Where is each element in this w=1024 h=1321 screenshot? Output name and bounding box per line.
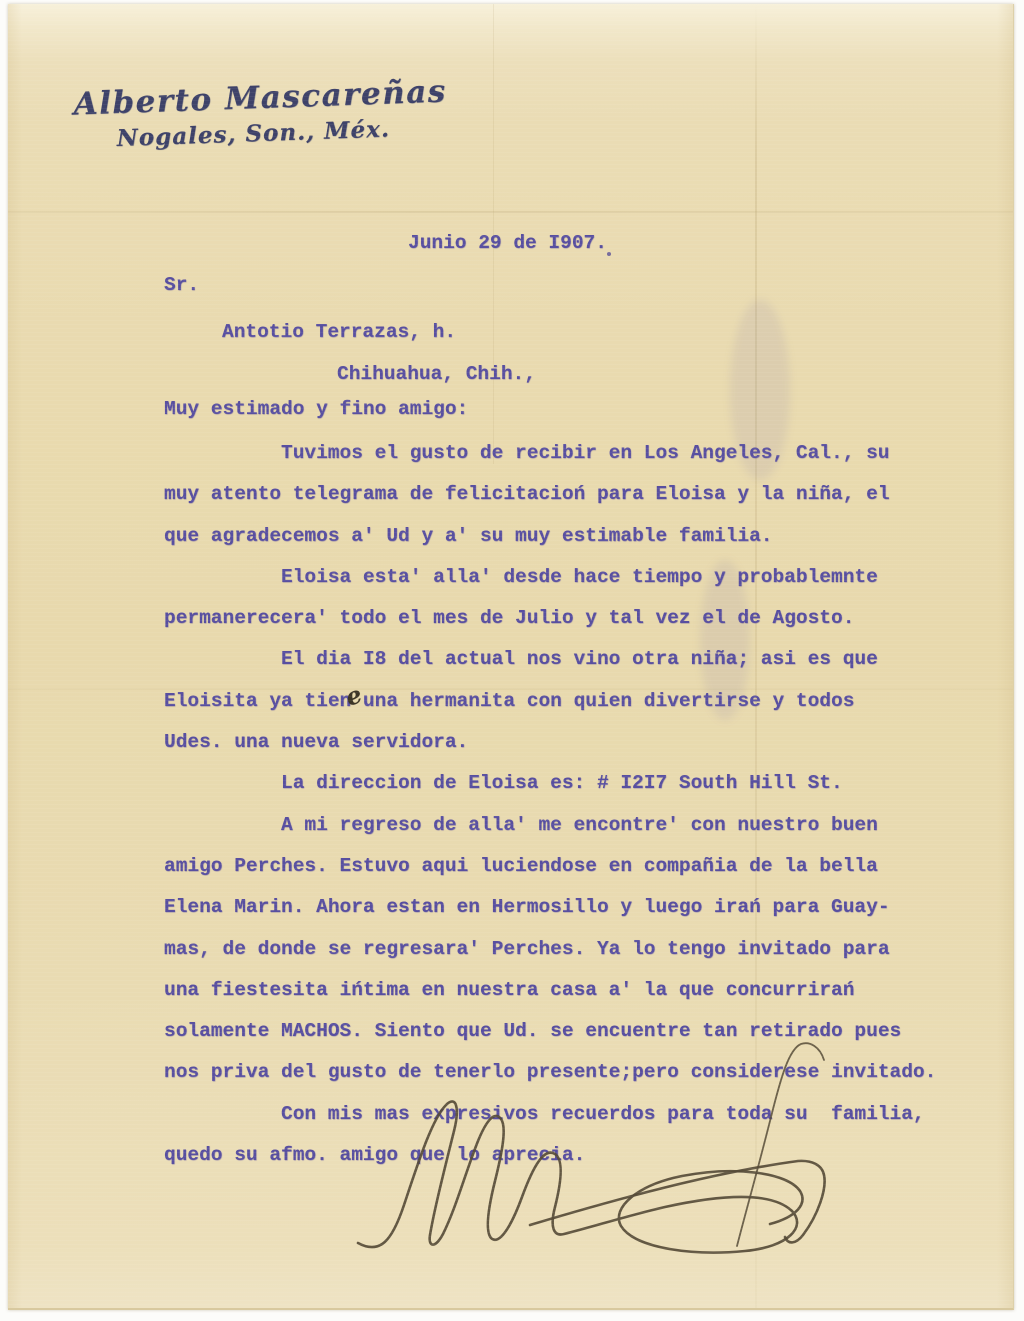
typed-line: mas, de donde se regresara' Perches. Ya … — [164, 934, 964, 975]
typed-line: que agradecemos a' Ud y a' su muy estima… — [164, 521, 964, 562]
typed-line: El dia I8 del actual nos vino otra niña;… — [164, 644, 964, 685]
signature — [330, 1015, 830, 1275]
typed-line: amigo Perches. Estuvo aqui luciendose en… — [164, 851, 964, 892]
recipient-prefix: Sr. — [164, 274, 199, 296]
date-line: Junio 29 de I907. — [408, 232, 607, 254]
typed-line: La direccion de Eloisa es: # I2I7 South … — [164, 768, 964, 809]
typed-line: permanerecera' todo el mes de Julio y ta… — [164, 603, 964, 644]
recipient-name: Antotio Terrazas, h. — [222, 321, 456, 343]
fold-crease-horizontal — [8, 211, 1013, 213]
greeting-line: Muy estimado y fino amigo: — [164, 398, 468, 420]
typed-line: una fiestesita ińtima en nuestra casa a'… — [164, 975, 964, 1016]
typed-line: Elena Marin. Ahora estan en Hermosillo y… — [164, 892, 964, 933]
typed-line: Udes. una nueva servidora. — [164, 727, 964, 768]
scanned-letter-page: Alberto Mascareñas Nogales, Son., Méx. J… — [0, 0, 1024, 1321]
ink-speck — [607, 252, 611, 256]
recipient-city: Chihuahua, Chih., — [337, 363, 536, 385]
typed-line: Eloisita ya tien una hermanita con quien… — [164, 686, 964, 727]
typed-line: muy atento telegrama de felicitacioń par… — [164, 479, 964, 520]
pen-stroke — [737, 1043, 824, 1246]
typed-line: A mi regreso de alla' me encontre' con n… — [164, 810, 964, 851]
typed-line: Eloisa esta' alla' desde hace tiempo y p… — [164, 562, 964, 603]
typed-line: Tuvimos el gusto de recibir en Los Angel… — [164, 438, 964, 479]
pen-stroke — [358, 1101, 802, 1252]
letterhead: Alberto Mascareñas Nogales, Son., Méx. — [73, 74, 448, 154]
